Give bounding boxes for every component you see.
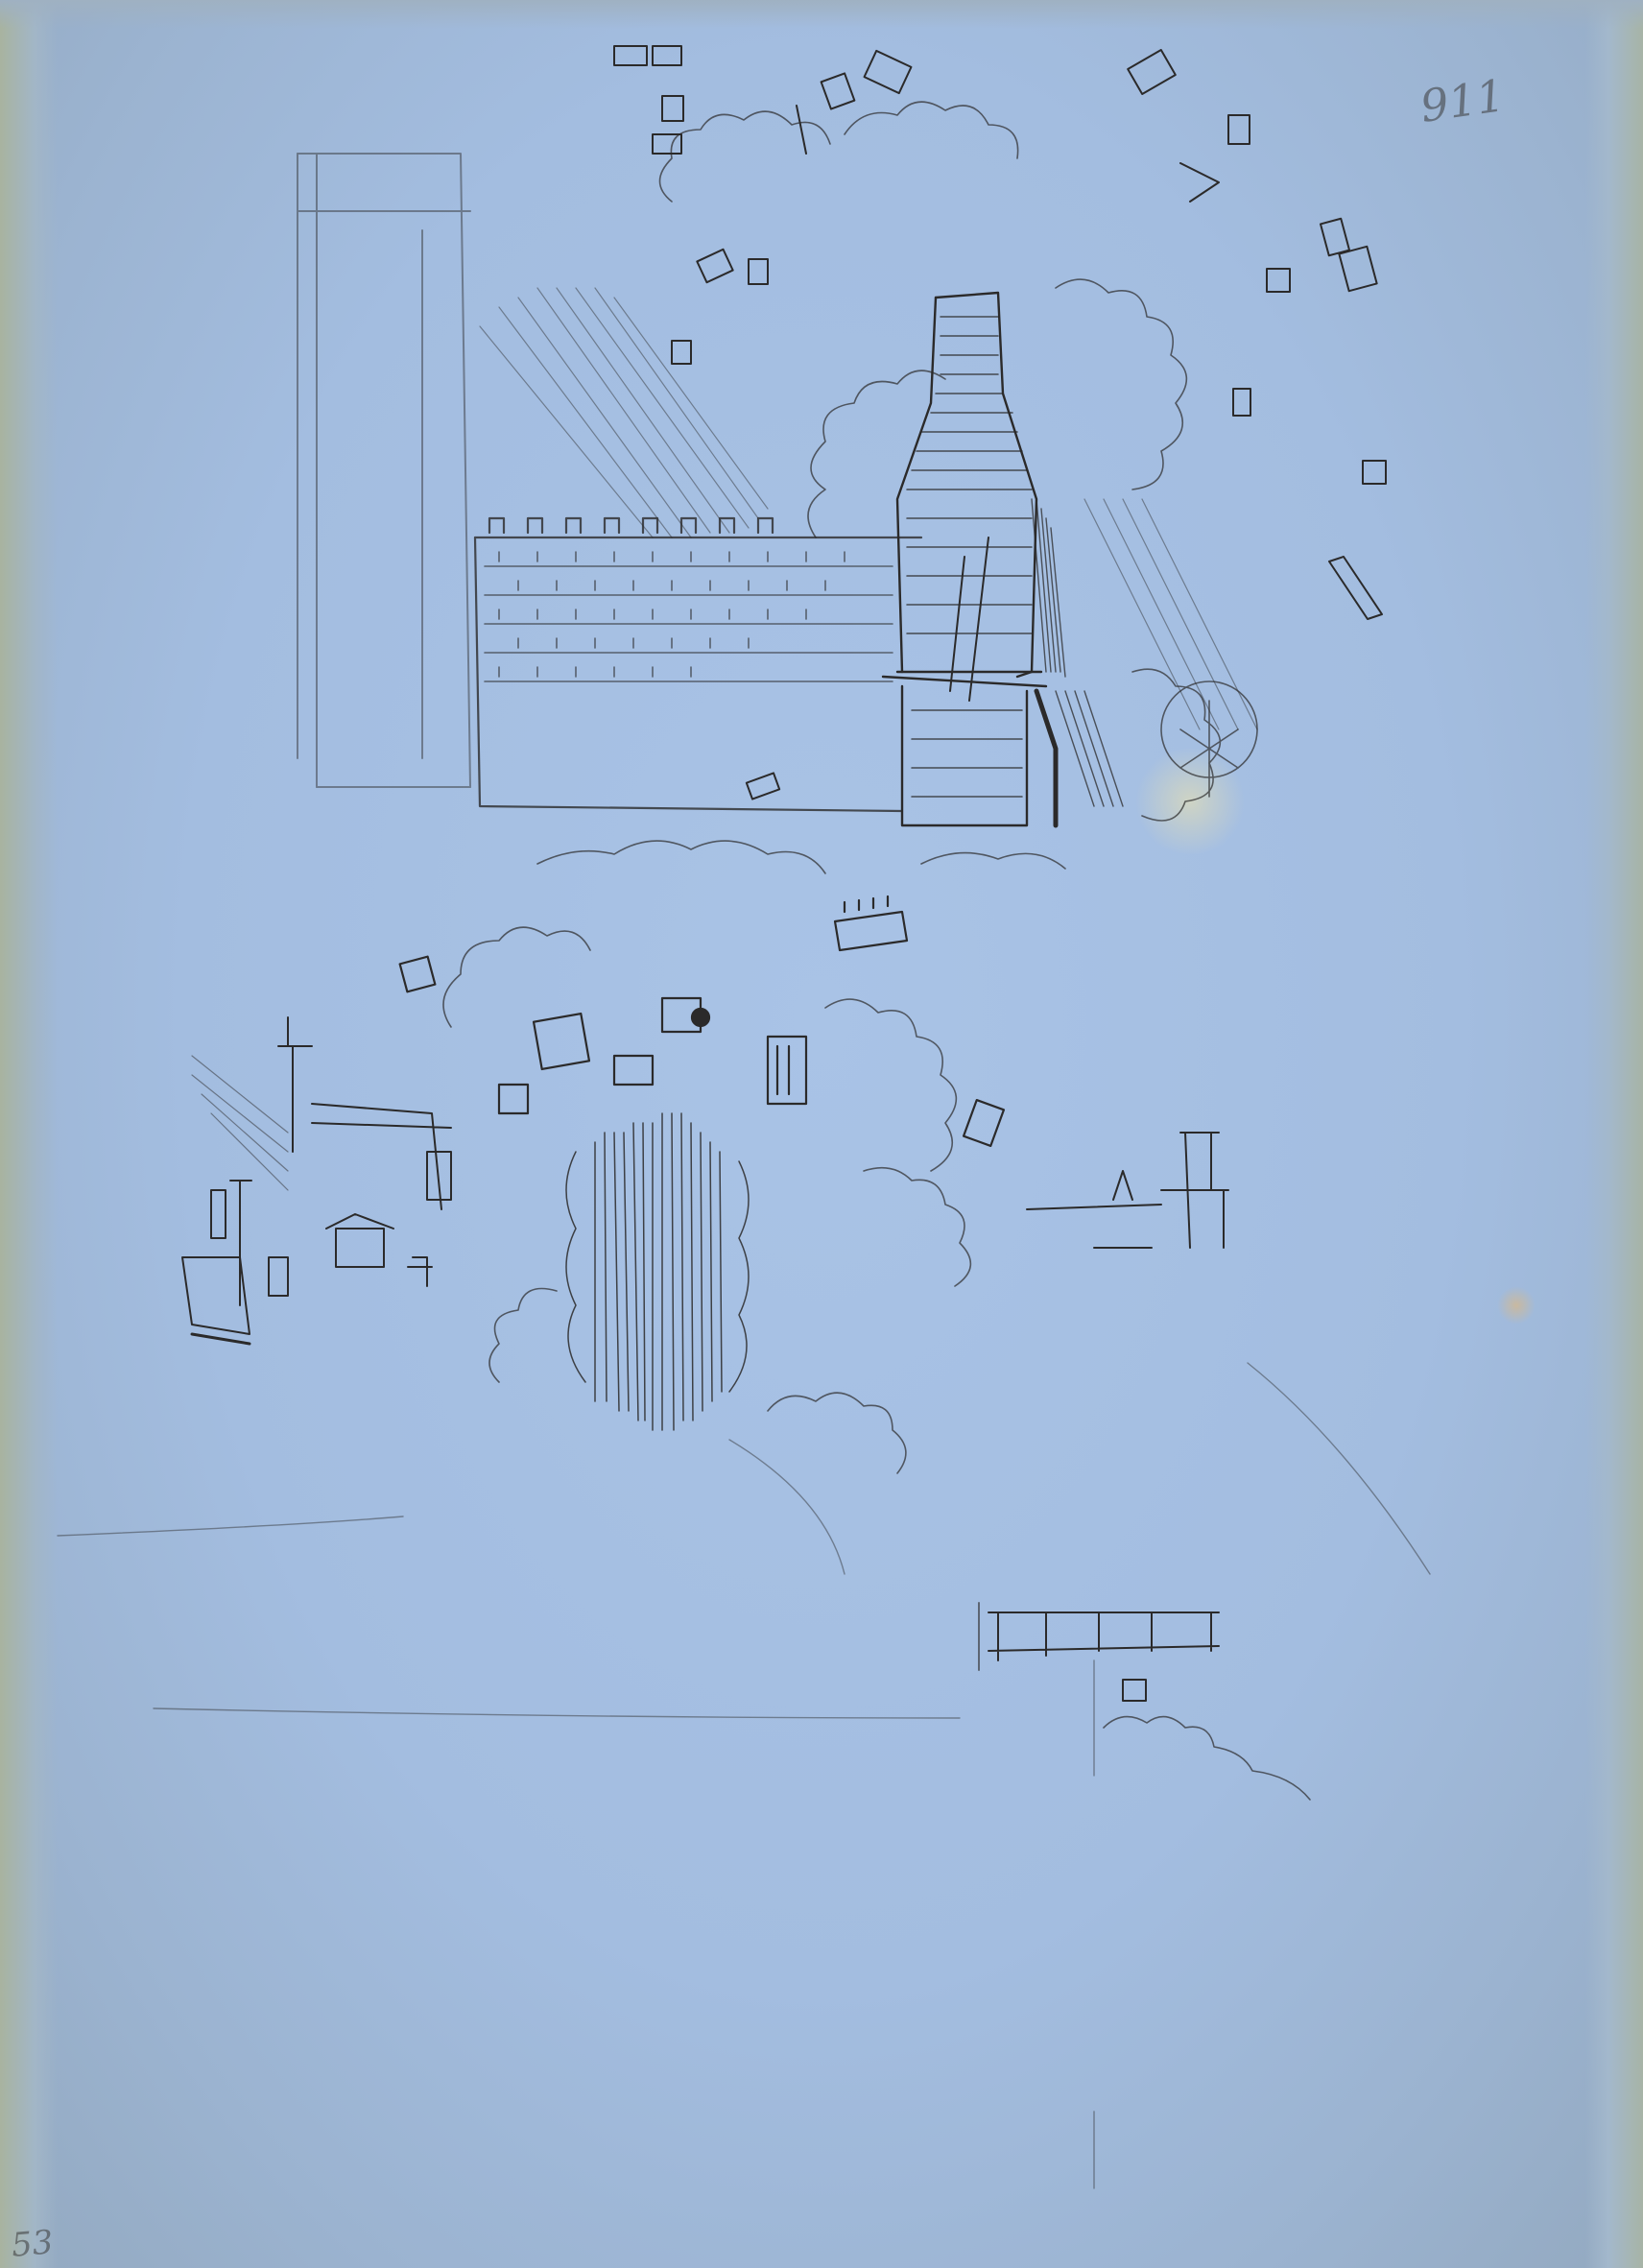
bridge-railing (979, 1603, 1310, 1800)
hatching-rays (480, 288, 1257, 729)
buildings-left (182, 1017, 451, 1344)
central-tower (883, 293, 1056, 825)
faint-ground-lines (58, 1363, 1430, 2188)
ink-drawing (0, 0, 1643, 2268)
flying-debris-lower (400, 896, 1004, 1146)
faint-tower-outline (298, 154, 470, 787)
flying-debris-upper (614, 46, 1386, 800)
brick-wall (475, 518, 921, 811)
smoke-clouds-lower (443, 841, 1065, 1473)
distant-castle-right (1027, 1133, 1228, 1248)
blue-paper-sheet: 911 53 (0, 0, 1643, 2268)
smoke-clouds-upper (660, 102, 1258, 821)
explosion-column (566, 1113, 749, 1430)
tower-shading (1032, 499, 1123, 806)
inscription-number-bottom-left: 53 (10, 2223, 55, 2265)
